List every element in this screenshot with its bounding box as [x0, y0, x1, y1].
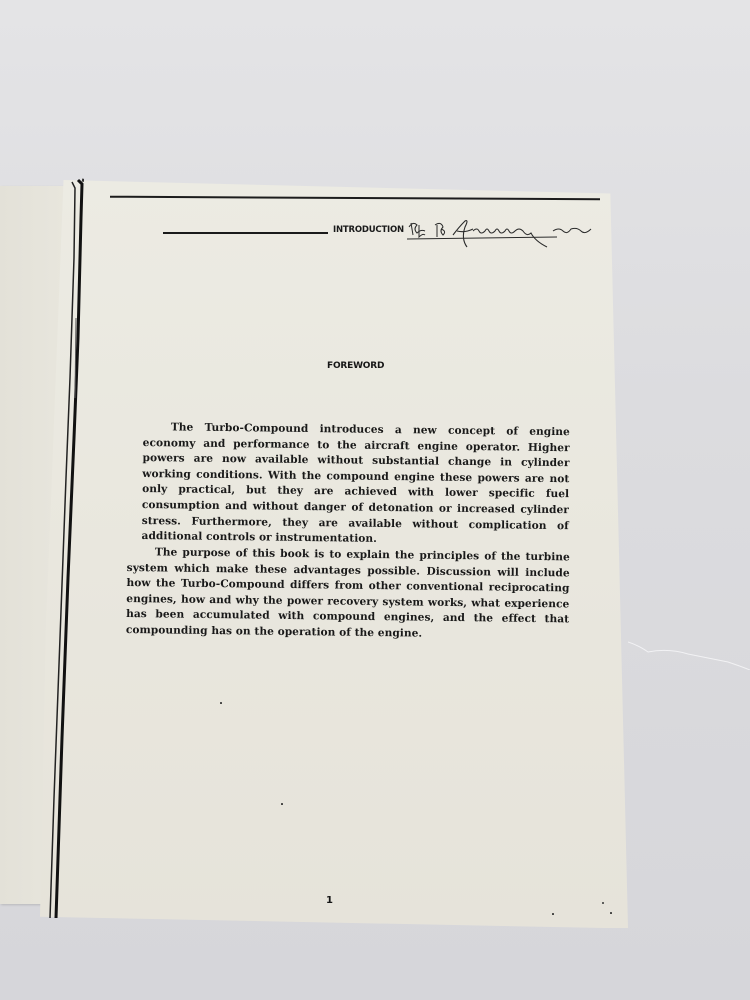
handwritten-signature: [407, 215, 597, 251]
background-crease: [628, 640, 750, 670]
page-number: 1: [326, 895, 333, 906]
paragraph-text: The Turbo-Compound introduces a new conc…: [141, 420, 569, 550]
ink-speck: [610, 912, 612, 914]
section-header-label: INTRODUCTION: [333, 225, 404, 235]
ink-speck: [602, 902, 604, 904]
header-rule: [163, 232, 328, 234]
section-header: INTRODUCTION: [163, 221, 603, 251]
ink-speck: [220, 702, 222, 704]
foreword-paragraph-2: The purpose of this book is to explain t…: [126, 545, 570, 644]
foreword-paragraph-1: The Turbo-Compound introduces a new conc…: [141, 420, 569, 550]
ink-speck: [281, 803, 283, 805]
ink-speck: [552, 913, 554, 915]
paragraph-text: The purpose of this book is to explain t…: [126, 545, 570, 644]
document-title: FOREWORD: [327, 361, 384, 371]
binding-edge: [48, 178, 84, 918]
